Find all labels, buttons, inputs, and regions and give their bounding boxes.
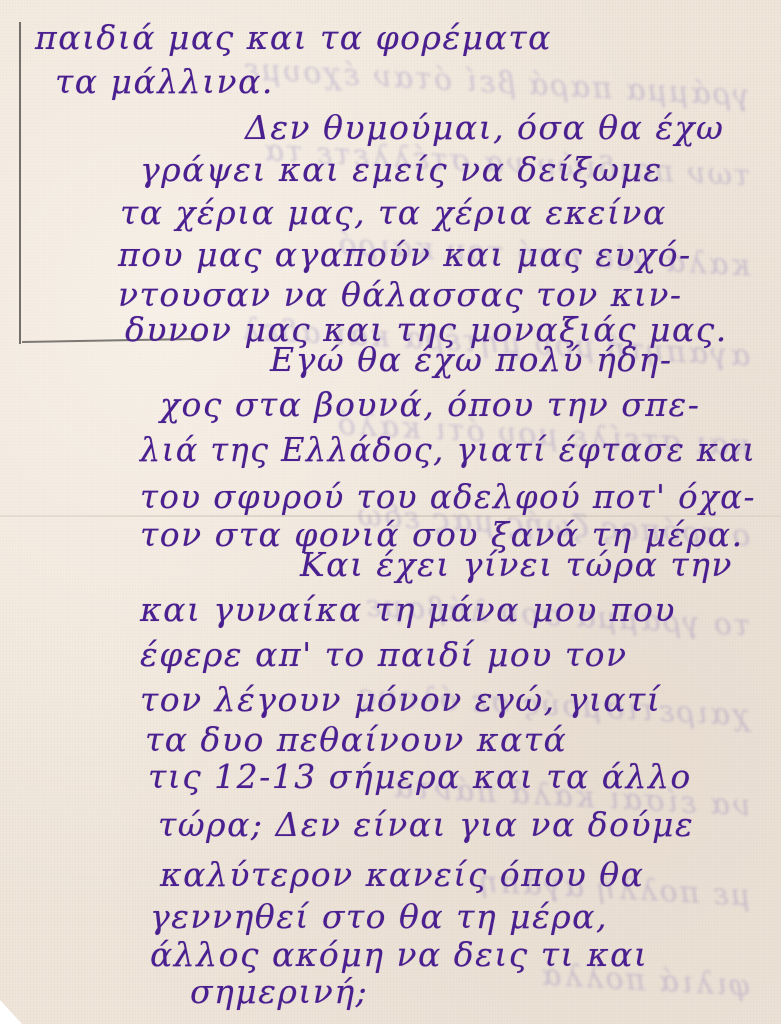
letter-line: καλύτερον κανείς όπου θα [160,855,644,895]
letter-line: γεννηθεί στο θα τη μέρα, [150,897,608,937]
letter-line: Και έχει γίνει τώρα την [300,545,733,585]
letter-line: άλλος ακόμη να δεις τι και [150,935,648,975]
letter-line: του σφυρού του αδελφού ποτ' όχα- [140,477,756,517]
scan-corner-fold [0,1000,22,1024]
letter-line: σημερινή; [190,972,368,1012]
letter-line: τα χέρια μας, τα χέρια εκείνα [120,193,667,233]
letter-line: γράψει και εμείς να δείξωμε [140,150,663,190]
letter-line: παιδιά μας και τα φορέματα [35,18,552,58]
letter-line: τώρα; Δεν είναι για να δούμε [158,805,694,845]
handwritten-letter: παιδιά μας και τα φορέματα τα μάλλινα. Δ… [0,0,781,1024]
letter-line: λιά της Ελλάδος, γιατί έφτασε και [140,430,756,470]
letter-line: Εγώ θα έχω πολύ ήδη- [270,340,673,380]
letter-line: τα μάλλινα. [55,62,274,102]
letter-line: έφερε απ' το παιδί μου τον [140,635,628,675]
letter-line: που μας αγαπούν και μας ευχό- [118,235,692,275]
letter-line: χος στα βουνά, όπου την σπε- [160,385,700,425]
letter-line: και γυναίκα τη μάνα μου που [140,590,676,630]
letter-line: ντουσαν να θάλασσας τον κιν- [118,275,683,315]
letter-line: τα δυο πεθαίνουν κατά [145,720,567,760]
letter-line: Δεν θυμούμαι, όσα θα έχω [245,108,724,148]
letter-line: τις 12-13 σήμερα και τα άλλο [148,757,692,797]
letter-line: τον λέγουν μόνον εγώ, γιατί [140,680,661,720]
